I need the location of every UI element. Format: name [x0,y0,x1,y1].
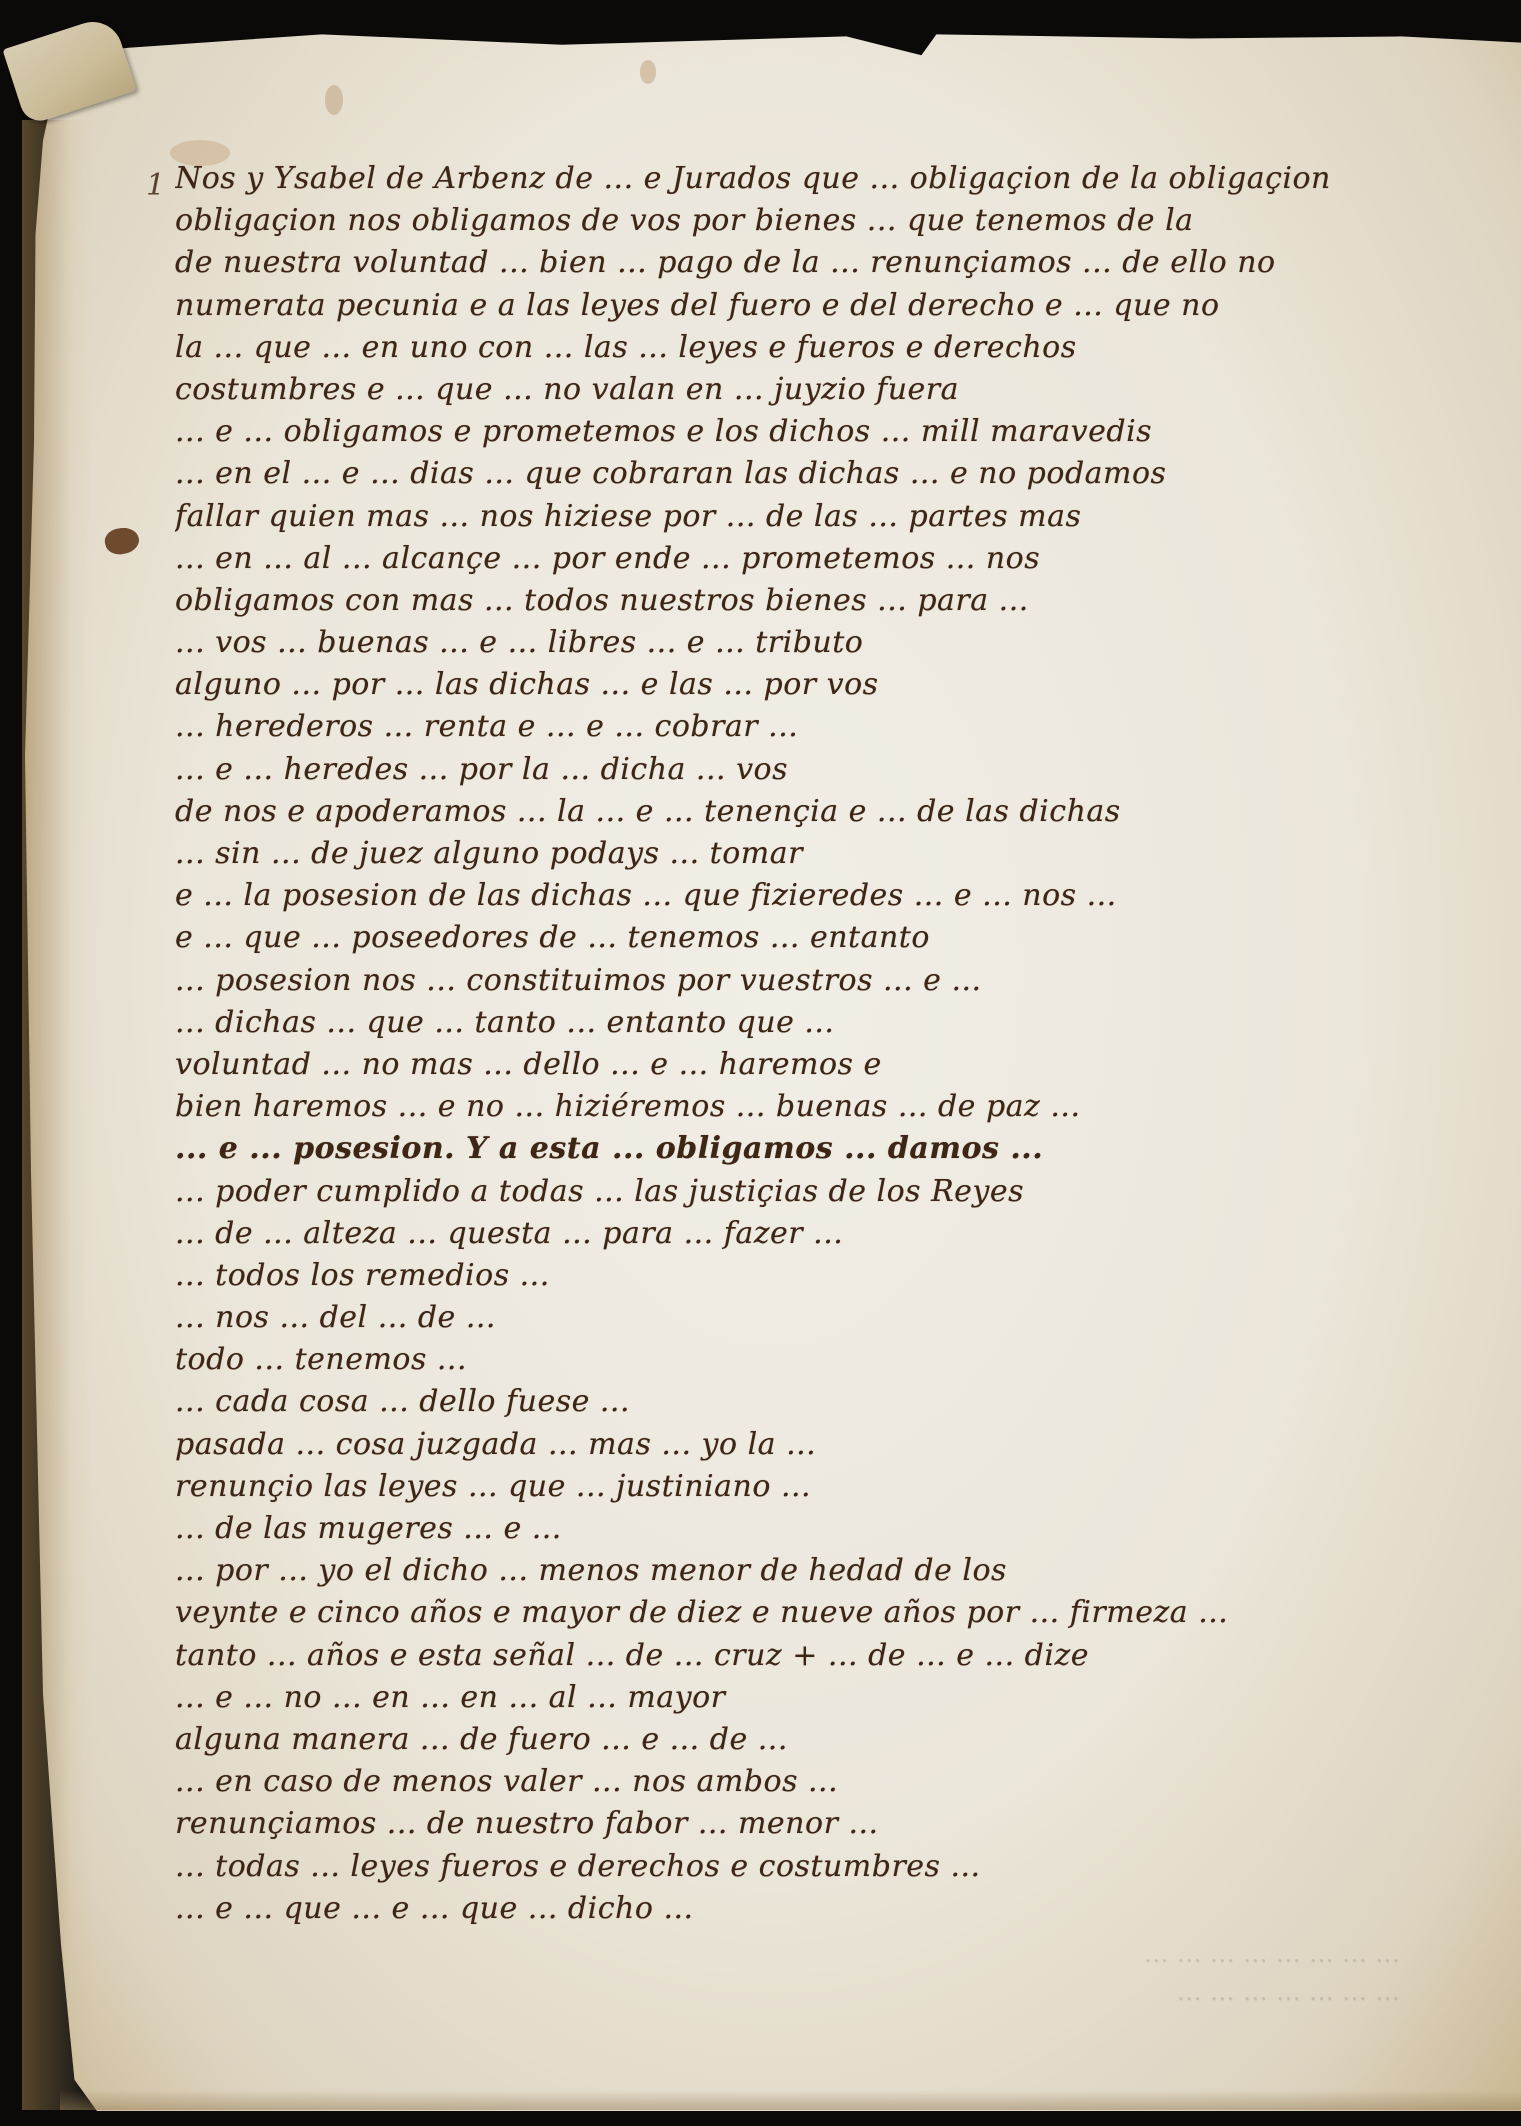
text-line: ... herederos ... renta e ... e ... cobr… [175,706,1435,748]
text-line: renunçiamos ... de nuestro fabor ... men… [175,1803,1435,1845]
text-line: la ... que ... en uno con ... las ... le… [175,327,1435,369]
text-line: ... e ... no ... en ... en ... al ... ma… [175,1677,1435,1719]
text-line: ... en el ... e ... dias ... que cobrara… [175,453,1435,495]
text-line: obligamos con mas ... todos nuestros bie… [175,580,1435,622]
text-line: veynte e cinco años e mayor de diez e nu… [175,1592,1435,1634]
text-line: ... en caso de menos valer ... nos ambos… [175,1761,1435,1803]
text-line: fallar quien mas ... nos hiziese por ...… [175,496,1435,538]
text-line: obligaçion nos obligamos de vos por bien… [175,200,1435,242]
text-line: ... dichas ... que ... tanto ... entanto… [175,1002,1435,1044]
text-line: tanto ... años e esta señal ... de ... c… [175,1635,1435,1677]
text-line: bien haremos ... e no ... hiziéremos ...… [175,1086,1435,1128]
text-line: ... vos ... buenas ... e ... libres ... … [175,622,1435,664]
text-line: ... de las mugeres ... e ... [175,1508,1435,1550]
text-line: ... e ... que ... e ... que ... dicho ..… [175,1888,1435,1930]
text-line: Nos y Ysabel de Arbenz de ... e Jurados … [175,158,1435,200]
text-line: ... todos los remedios ... [175,1255,1435,1297]
text-line: renunçio las leyes ... que ... justinian… [175,1466,1435,1508]
text-line: todo ... tenemos ... [175,1339,1435,1381]
text-line: alguna manera ... de fuero ... e ... de … [175,1719,1435,1761]
text-line: e ... la posesion de las dichas ... que … [175,875,1435,917]
text-line: pasada ... cosa juzgada ... mas ... yo l… [175,1424,1435,1466]
text-line: e ... que ... poseedores de ... tenemos … [175,917,1435,959]
text-line: ... nos ... del ... de ... [175,1297,1435,1339]
text-line: ... cada cosa ... dello fuese ... [175,1381,1435,1423]
text-line: ... e ... posesion. Y a esta ... obligam… [175,1128,1435,1170]
margin-mark: 1 [146,168,165,203]
text-line: costumbres e ... que ... no valan en ...… [175,369,1435,411]
manuscript-text: Nos y Ysabel de Arbenz de ... e Jurados … [175,158,1435,1930]
text-line: ... posesion nos ... constituimos por vu… [175,960,1435,1002]
text-line: ... poder cumplido a todas ... las justi… [175,1171,1435,1213]
text-line: ... todas ... leyes fueros e derechos e … [175,1846,1435,1888]
text-line: ... e ... obligamos e prometemos e los d… [175,411,1435,453]
text-line: alguno ... por ... las dichas ... e las … [175,664,1435,706]
text-line: ... en ... al ... alcançe ... por ende .… [175,538,1435,580]
text-line: ... por ... yo el dicho ... menos menor … [175,1550,1435,1592]
text-line: de nuestra voluntad ... bien ... pago de… [175,242,1435,284]
paper-bottom-edge [60,2090,1521,2110]
text-line: ... sin ... de juez alguno podays ... to… [175,833,1435,875]
text-line: voluntad ... no mas ... dello ... e ... … [175,1044,1435,1086]
text-line: ... de ... alteza ... questa ... para ..… [175,1213,1435,1255]
text-line: ... e ... heredes ... por la ... dicha .… [175,749,1435,791]
text-line: numerata pecunia e a las leyes del fuero… [175,285,1435,327]
text-line: de nos e apoderamos ... la ... e ... ten… [175,791,1435,833]
